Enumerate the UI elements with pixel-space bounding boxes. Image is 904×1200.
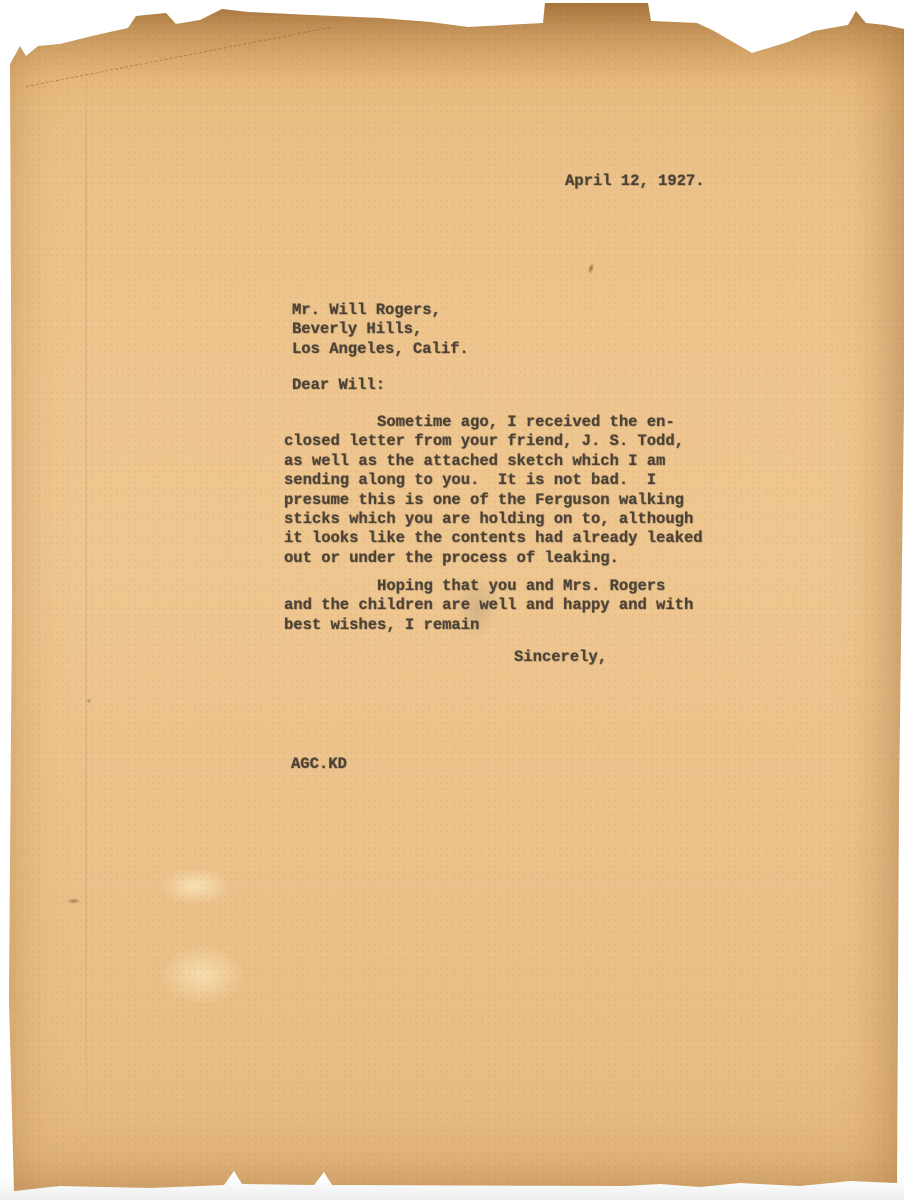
letter-body: April 12, 1927. Mr. Will Rogers, Beverly… (0, 0, 904, 1200)
letter-paper: April 12, 1927. Mr. Will Rogers, Beverly… (0, 0, 904, 1200)
letter-date: April 12, 1927. (565, 172, 705, 191)
body-paragraph-2: Hoping that you and Mrs. Rogers and the … (284, 577, 693, 635)
salutation: Dear Will: (292, 376, 385, 395)
body-paragraph-1: Sometime ago, I received the en- closed … (284, 413, 703, 568)
recipient-address: Mr. Will Rogers, Beverly Hills, Los Ange… (292, 301, 469, 359)
closing-sincerely: Sincerely, (514, 648, 607, 667)
scanned-document-background: April 12, 1927. Mr. Will Rogers, Beverly… (0, 0, 904, 1200)
reference-initials: AGC.KD (291, 755, 347, 774)
